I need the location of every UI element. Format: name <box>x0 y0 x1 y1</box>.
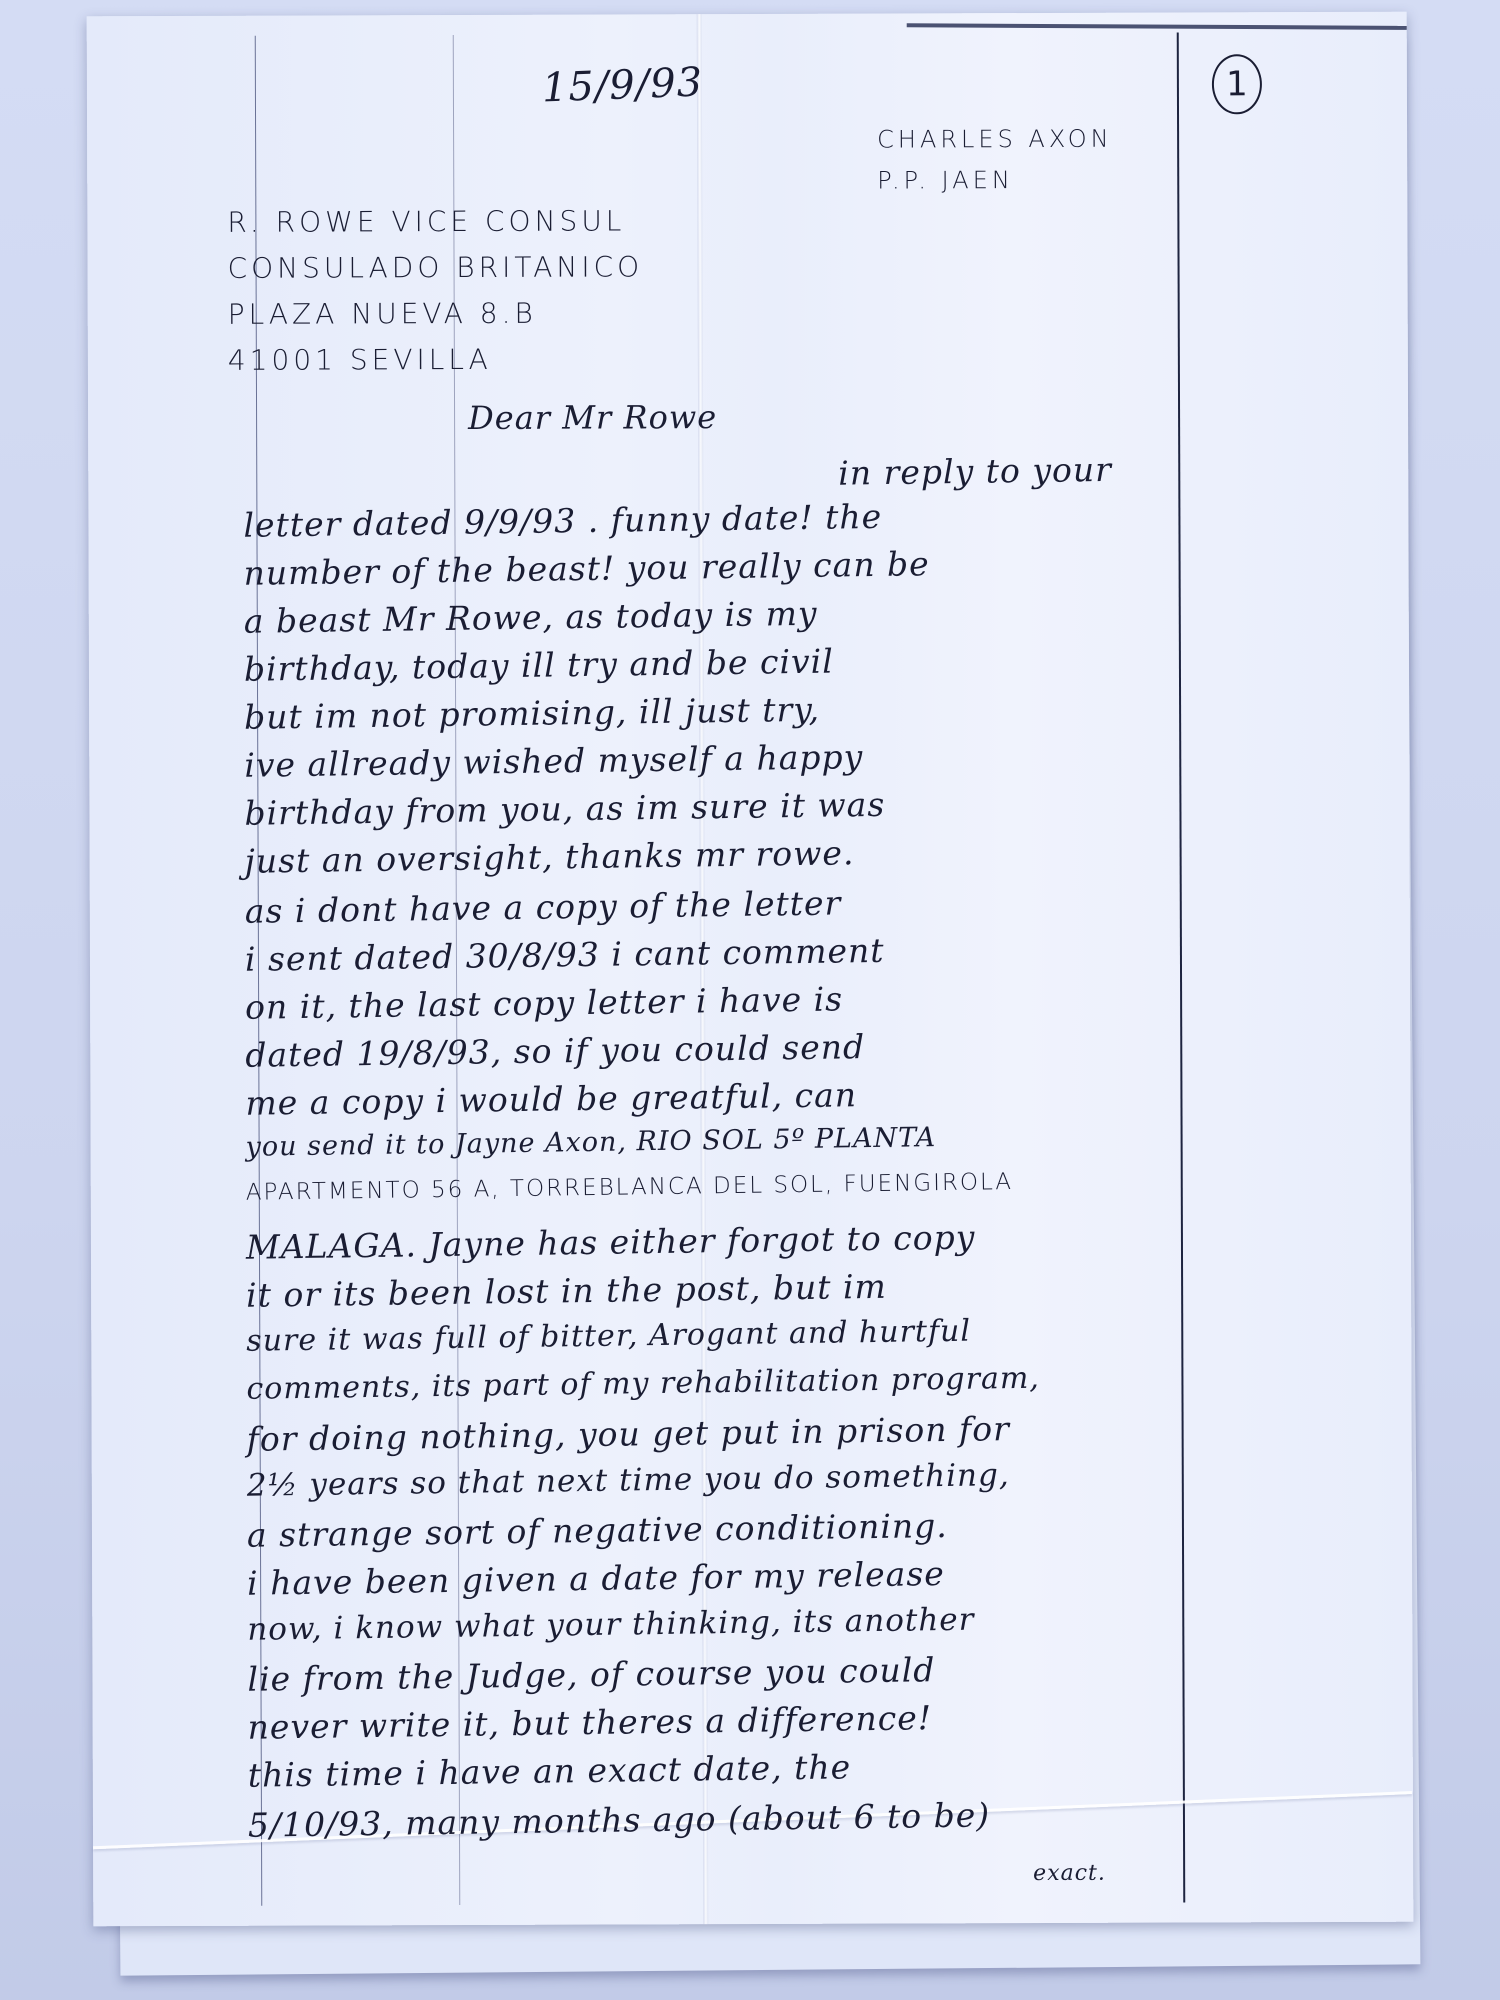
annotation-exact: exact. <box>1033 1861 1106 1886</box>
body-line: birthday, today ill try and be civil <box>244 642 834 689</box>
letter-date: 15/9/93 <box>541 59 704 111</box>
page-number-circle: 1 <box>1212 54 1262 114</box>
body-line: birthday from you, as im sure it was <box>244 785 885 833</box>
body-line: this time i have an exact date, the <box>248 1747 852 1794</box>
page-number: 1 <box>1226 64 1248 104</box>
body-line: i sent dated 30/8/93 i cant comment <box>245 931 885 979</box>
body-line: you send it to Jayne Axon, RIO SOL 5º PL… <box>245 1122 936 1163</box>
body-line: comments, its part of my rehabilitation … <box>246 1361 1040 1407</box>
recipient-address-line: PLAZA NUEVA 8.B <box>228 297 537 331</box>
body-line: on it, the last copy letter i have is <box>245 979 843 1026</box>
body-line: as i dont have a copy of the letter <box>245 883 842 930</box>
body-line: sure it was full of bitter, Arogant and … <box>246 1314 971 1359</box>
right-margin-line <box>1177 32 1186 1902</box>
letter-page: 15/9/93 1 CHARLES AXON P.P. JAEN R. ROWE… <box>87 12 1414 1927</box>
body-line: letter dated 9/9/93 . funny date! the <box>243 497 882 545</box>
body-line: now, i know what your thinking, its anot… <box>247 1602 975 1648</box>
body-line: 2½ years so that next time you do someth… <box>247 1457 1010 1504</box>
body-line: a beast Mr Rowe, as today is my <box>244 594 818 641</box>
body-line: MALAGA. Jayne has either forgot to copy <box>246 1218 976 1267</box>
body-line: i have been given a date for my release <box>247 1554 945 1603</box>
body-line: just an oversight, thanks mr rowe. <box>244 833 854 881</box>
body-line: but im not promising, ill just try, <box>244 690 820 737</box>
sheet-top-edge <box>907 23 1407 30</box>
body-line: in reply to your <box>838 450 1112 493</box>
body-line: dated 19/8/93, so if you could send <box>245 1027 865 1075</box>
recipient-address-line: 41001 SEVILLA <box>228 343 492 377</box>
body-line: for doing nothing, you get put in prison… <box>246 1409 1010 1459</box>
body-line: ive allready wished myself a happy <box>244 737 863 785</box>
body-line: never write it, but theres a difference! <box>247 1698 932 1747</box>
sender-location: P.P. JAEN <box>877 166 1014 194</box>
body-line: 5/10/93, many months ago (about 6 to be) <box>248 1795 991 1844</box>
body-line: APARTMENTO 56 A, TORREBLANCA DEL SOL, FU… <box>246 1169 1014 1206</box>
salutation: Dear Mr Rowe <box>468 398 717 437</box>
body-line: a strange sort of negative conditioning. <box>247 1506 948 1555</box>
recipient-address-line: R. ROWE VICE CONSUL <box>227 204 625 238</box>
body-line: lie from the Judge, of course you could <box>247 1650 935 1699</box>
body-line: me a copy i would be greatful, can <box>245 1075 857 1123</box>
sender-name: CHARLES AXON <box>877 125 1113 154</box>
body-line: it or its been lost in the post, but im <box>246 1267 887 1315</box>
body-line: number of the beast! you really can be <box>243 544 930 593</box>
recipient-address-line: CONSULADO BRITANICO <box>227 250 643 284</box>
